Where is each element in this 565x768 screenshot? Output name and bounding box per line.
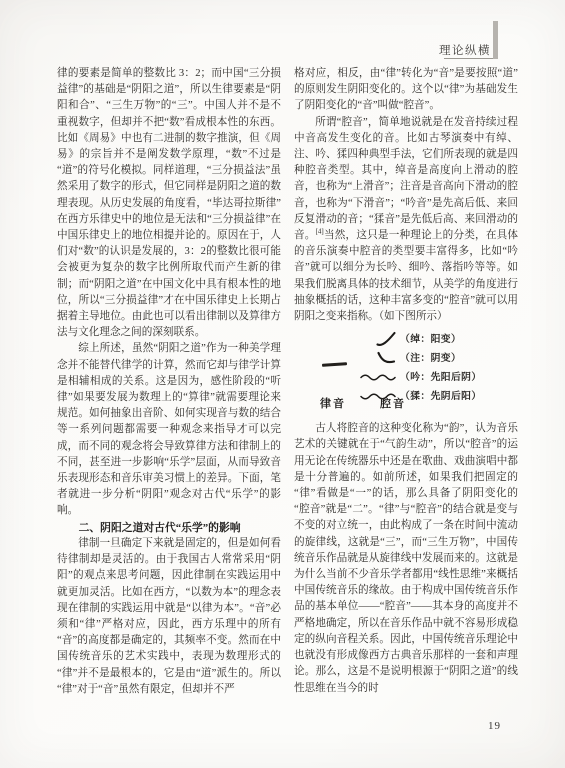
header-underline [444,58,496,59]
curve-label: （注：阴变） [400,351,461,367]
header-accent-bar [493,21,498,59]
paragraph-text: 当然，这只是一种理论上的分类，在具体的音乐演奏中腔音的类型要丰富得多，比如“吟音… [294,230,518,322]
curve-row: （猱：先阴后阳） [360,387,482,406]
chuo-up-slide-icon [360,331,396,348]
curve-rows: （绰：阳变） （注：阴变） （吟：先阳后阴） [360,330,482,406]
curve-row: （吟：先阳后阴） [360,368,482,387]
curve-label: （吟：先阳后阴） [400,370,482,386]
yin-vibrato-icon [360,372,396,383]
qiangyin-diagram: （绰：阳变） （注：阴变） （吟：先阳后阴） [294,330,518,414]
journal-page: 理论纵横 律的要素是简单的整数比 3：2；而中国“三分损益律”的基础是“阴阳之道… [0,0,565,768]
paragraph-text: 所谓“腔音”，简单地说就是在发音持续过程中音高发生变化的音。比如古琴演奏中有绰、… [294,117,518,241]
page-number: 19 [488,720,501,732]
paragraph-continuation: 律的要素是简单的整数比 3：2；而中国“三分损益律”的基础是“阴阳之道”，所以生… [57,66,281,341]
section-heading: 二、阴阳之道对古代“乐学”的影响 [57,520,281,536]
right-column: 格对应，相反，由“律”转化为“音”是要按照“道”的原则发生阴阳变化的。这个以“律… [294,66,518,698]
curve-label: （猱：先阴后阳） [400,389,482,405]
page-body: 律的要素是简单的整数比 3：2；而中国“三分损益律”的基础是“阴阳之道”，所以生… [57,66,518,698]
paragraph-continuation: 格对应，相反，由“律”转化为“音”是要按照“道”的原则发生阴阳变化的。这个以“律… [294,66,518,115]
curve-row: （绰：阳变） [360,330,482,349]
paragraph: 所谓“腔音”，简单地说就是在发音持续过程中音高发生变化的音。比如古琴演奏中有绰、… [294,115,518,326]
curve-row: （注：阴变） [360,349,482,368]
paragraph: 古人将腔音的这种变化称为“韵”，认为音乐艺术的关键就在于“气韵生动”，所以“腔音… [294,421,518,696]
left-column: 律的要素是简单的整数比 3：2；而中国“三分损益律”的基础是“阴阳之道”，所以生… [57,66,281,698]
section-header-label: 理论纵横 [439,42,491,58]
paragraph: 综上所述，虽然“阴阳之道”作为一种美学理念并不能替代律学的计算，然而它却与律学计… [57,341,281,519]
zhu-down-slide-icon [360,351,396,366]
lvyin-fixed-pitch-line [322,362,347,366]
lvyin-label: 律音 [320,396,346,412]
footnote-ref: [4] [316,228,324,236]
curve-label: （绰：阳变） [400,332,461,348]
qiangyin-label: 腔音 [380,396,406,412]
paragraph: 律制一旦确定下来就是固定的，但是如何看待律制却是灵活的。由于我国古人常常采用“阴… [57,536,281,698]
